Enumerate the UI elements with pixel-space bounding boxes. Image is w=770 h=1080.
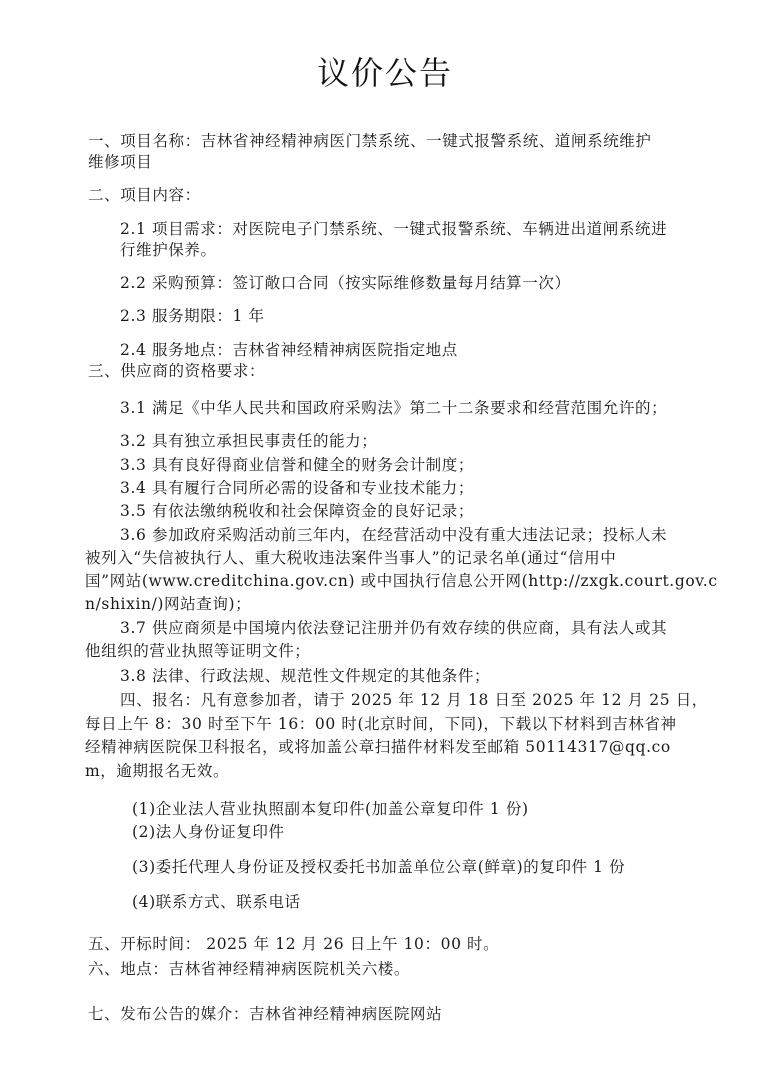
material-item: (1)企业法人营业执照副本复印件(加盖公章复印件 1 份) [132,799,529,819]
item-3-8: 3.8 法律、行政法规、规范性文件规定的其他条件； [120,666,490,686]
project-name-line1: 一、项目名称：吉林省神经精神病医门禁系统、一键式报警系统、道闸系统维护 [88,131,652,151]
item-2-1-line2: 行维护保养。 [120,240,217,260]
section-2-heading: 二、项目内容： [88,185,201,205]
project-name-line2: 维修项目 [88,152,152,172]
registration-line1: 四、报名：凡有意参加者，请于 2025 年 12 月 18 日至 2025 年 … [120,690,708,710]
item-2-2: 2.2 采购预算：签订敞口合同（按实际维修数量每月结算一次） [120,273,571,293]
material-item: (4)联系方式、联系电话 [132,892,301,912]
item-3-2: 3.2 具有独立承担民事责任的能力； [120,431,377,451]
item-3-6-line4: n/shixin/)网站查询)； [85,594,251,614]
item-3-3: 3.3 具有良好得商业信誉和健全的财务会计制度； [120,455,474,475]
publication-media: 七、发布公告的媒介：吉林省神经精神病医院网站 [88,1004,442,1024]
item-3-4: 3.4 具有履行合同所必需的设备和专业技术能力； [120,478,474,498]
registration-line2: 每日上午 8：30 时至下午 16：00 时(北京时间，下同)，下载以下材料到吉… [85,714,677,734]
material-item: (3)委托代理人身份证及授权委托书加盖单位公章(鲜章)的复印件 1 份 [132,857,625,877]
location: 六、地点：吉林省神经精神病医院机关六楼。 [88,959,410,979]
item-3-6-line2: 被列入“失信被执行人、重大税收违法案件当事人”的记录名单(通过“信用中 [85,548,616,568]
material-item: (2)法人身份证复印件 [132,822,285,842]
item-3-7-line2: 他组织的营业执照等证明文件； [85,641,310,661]
page-title: 议价公告 [0,48,770,94]
item-2-1-line1: 2.1 项目需求：对医院电子门禁系统、一键式报警系统、车辆进出道闸系统进 [120,219,667,239]
section-3-heading: 三、供应商的资格要求： [88,361,265,381]
item-3-1: 3.1 满足《中华人民共和国政府采购法》第二十二条要求和经营范围允许的； [120,398,667,418]
item-3-7-line1: 3.7 供应商须是中国境内依法登记注册并仍有效存续的供应商，具有法人或其 [120,618,667,638]
item-3-6-line1: 3.6 参加政府采购活动前三年内，在经营活动中没有重大违法记录；投标人未 [120,525,667,545]
bid-opening-time: 五、开标时间： 2025 年 12 月 26 日上午 10：00 时。 [88,934,499,954]
item-2-3: 2.3 服务期限：1 年 [120,306,265,326]
item-3-6-line3: 国”网站(www.creditchina.gov.cn) 或中国执行信息公开网(… [85,571,718,591]
registration-line4: m，逾期报名无效。 [85,761,229,781]
item-3-5: 3.5 有依法缴纳税收和社会保障资金的良好记录； [120,501,474,521]
item-2-4: 2.4 服务地点：吉林省神经精神病医院指定地点 [120,340,458,360]
registration-line3: 经精神病医院保卫科报名，或将加盖公章扫描件材料发至邮箱 50114317@qq.… [85,737,671,757]
